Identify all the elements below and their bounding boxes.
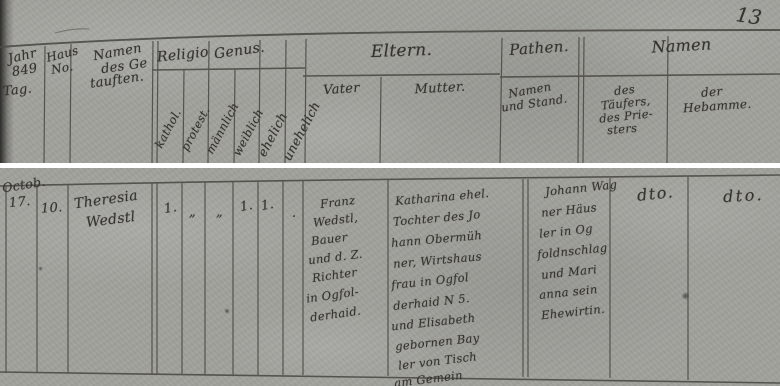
page-number: 13 [734, 2, 763, 30]
header-day-label: Tag. [2, 82, 32, 100]
record-mark-female: 1. [239, 198, 254, 215]
record-mark-catholic: 1. [163, 200, 178, 217]
record-strip: Octob. 17. 10. Theresia Wedstl 1. „ „ 1.… [0, 168, 780, 386]
record-house-number: 10. [41, 200, 64, 216]
record-mark-male: „ [216, 205, 223, 220]
record-midwife-ditto: dto. [723, 185, 765, 206]
header-baptizer-sub-4: sters [606, 121, 637, 138]
record-mark-illegitimate: . [292, 206, 296, 221]
header-strip: 13 Jahr 849 Tag. Haus No. Namen des Ge t… [0, 0, 780, 163]
scanned-baptism-register: { "page": { "number": "13" }, "header": … [0, 0, 780, 386]
record-date-day: 17. [8, 194, 31, 211]
record-mark-protestant: „ [189, 205, 196, 220]
record-baptizer-ditto: dto. [636, 182, 675, 205]
record-mark-legitimate: 1. [260, 197, 275, 214]
header-midwife-sub-1: der [700, 84, 723, 100]
